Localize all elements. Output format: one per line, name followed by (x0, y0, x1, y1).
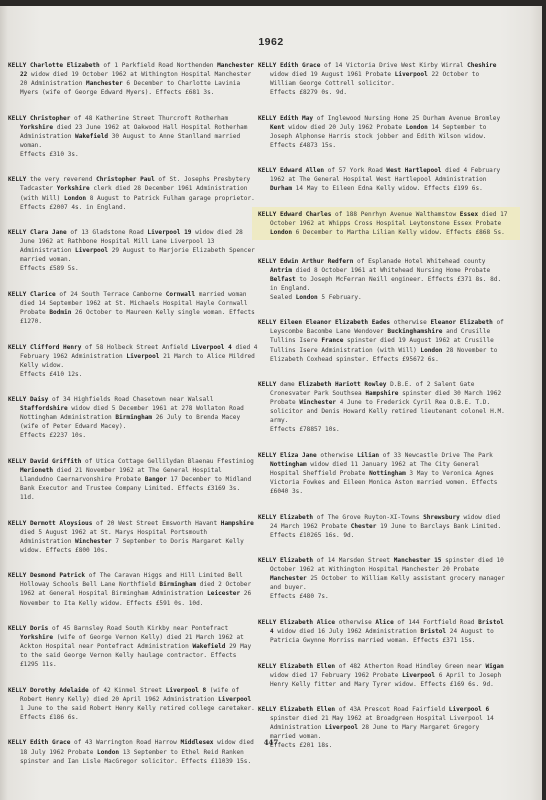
entry-name-or-place: Cheshire (467, 62, 496, 69)
probate-entry: KELLY Clara Jane of 13 Gladstone Road Li… (8, 228, 258, 273)
entry-name-or-place: Christopher Paul (96, 176, 155, 183)
entry-name-or-place: KELLY Clifford Henry (8, 344, 81, 351)
entry-name-or-place: Birmingham (115, 414, 152, 421)
entry-name-or-place: Liverpool 19 (147, 229, 191, 236)
entry-name-or-place: KELLY Edward Allen (258, 167, 324, 174)
probate-entry: KELLY Elizabeth of 14 Marsden Street Man… (258, 556, 508, 601)
entry-name-or-place: KELLY Christopher (8, 115, 70, 122)
entry-name-or-place: Kent (270, 124, 285, 131)
entry-name-or-place: KELLY Doris (8, 625, 48, 632)
entry-name-or-place: London (296, 294, 318, 301)
entry-name-or-place: Chester (351, 523, 377, 530)
entry-name-or-place: Liverpool 4 (191, 344, 231, 351)
entry-name-or-place: Leicester (207, 590, 240, 597)
entry-name-or-place: Birmingham (159, 581, 196, 588)
entry-name-or-place: KELLY Clara Jane (8, 229, 67, 236)
entry-name-or-place: Liverpool (126, 353, 159, 360)
entry-name-or-place: KELLY Elizabeth (258, 514, 313, 521)
entry-name-or-place: Manchester (270, 575, 307, 582)
probate-entry: KELLY Eliza Jane otherwise Lilian of 33 … (258, 451, 508, 496)
entry-name-or-place: Cornwall (166, 291, 195, 298)
entry-name-or-place: London (420, 347, 442, 354)
entry-name-or-place: Buckinghamshire (387, 328, 442, 335)
entry-name-or-place: Antrim (270, 267, 292, 274)
probate-entry: KELLY Elizabeth Alice otherwise Alice of… (258, 618, 508, 645)
entry-name-or-place: KELLY Elizabeth Ellen (258, 706, 335, 713)
entry-name-or-place: KELLY Charlotte Elizabeth (8, 62, 100, 69)
entry-name-or-place: KELLY Edwin Arthur Redfern (258, 258, 353, 265)
entry-name-or-place: Shrewsbury (423, 514, 460, 521)
probate-entry: KELLY Doris of 45 Barnsley Road South Ki… (8, 624, 258, 669)
right-column: KELLY Edith Grace of 14 Victoria Drive W… (258, 61, 508, 767)
probate-entry: KELLY David Griffith of Utica Cottage Ge… (8, 457, 258, 502)
entry-name-or-place: KELLY (258, 381, 276, 388)
entry-name-or-place: Liverpool (395, 71, 428, 78)
entry-name-or-place: KELLY Eliza Jane (258, 452, 317, 459)
entry-name-or-place: Bodmin (49, 309, 71, 316)
entry-name-or-place: KELLY Edith May (258, 115, 313, 122)
probate-entry: KELLY Daisy of 34 Highfields Road Chaset… (8, 395, 258, 440)
entry-name-or-place: London (406, 124, 428, 131)
entry-name-or-place: Nottingham (369, 470, 406, 477)
entry-name-or-place: KELLY Eileen Eleanor Elizabeth Eades (258, 319, 390, 326)
entry-name-or-place: KELLY (8, 176, 26, 183)
probate-entry: KELLY Edwin Arthur Redfern of Esplanade … (258, 257, 508, 302)
probate-entry: KELLY Elizabeth of The Grove Ruyton-XI-T… (258, 513, 508, 540)
probate-entry: KELLY Dorothy Adelaide of 42 Kinmel Stre… (8, 686, 258, 722)
register-page: 1962 KELLY Charlotte Elizabeth of 1 Park… (0, 6, 542, 800)
entry-name-or-place: London (270, 229, 292, 236)
entry-name-or-place: Liverpool 6 (449, 706, 489, 713)
entry-name-or-place: Winchester (75, 538, 112, 545)
probate-entry-highlighted: KELLY Edward Charles of 188 Penrhyn Aven… (252, 207, 520, 240)
entry-name-or-place: KELLY Daisy (8, 396, 48, 403)
entry-name-or-place: Eleanor Elizabeth (430, 319, 492, 326)
entry-name-or-place: KELLY Desmond Patrick (8, 572, 85, 579)
entry-name-or-place: Nottingham (270, 461, 307, 468)
entry-name-or-place: KELLY Edward Charles (258, 211, 331, 218)
page-year-heading: 1962 (0, 36, 542, 48)
entry-name-or-place: Merioneth (20, 467, 53, 474)
entry-name-or-place: Elizabeth Hariott Rowley (298, 381, 386, 388)
entry-name-or-place: KELLY Elizabeth Alice (258, 619, 335, 626)
entry-name-or-place: Belfast (270, 276, 296, 283)
entry-name-or-place: Liverpool (75, 247, 108, 254)
probate-entry: KELLY Elizabeth Ellen of 482 Atherton Ro… (258, 662, 508, 689)
entry-name-or-place: Wakefield (192, 643, 225, 650)
probate-entry: KELLY Eileen Eleanor Elizabeth Eades oth… (258, 318, 508, 363)
entry-name-or-place: Durham (270, 185, 292, 192)
probate-entry: KELLY dame Elizabeth Hariott Rowley D.B.… (258, 380, 508, 434)
entry-name-or-place: Yorkshire (20, 124, 53, 131)
probate-entry: KELLY Clarice of 24 South Terrace Cambor… (8, 290, 258, 326)
entry-name-or-place: Liverpool 8 (166, 687, 206, 694)
entry-name-or-place: Liverpool (325, 724, 358, 731)
entry-name-or-place: France (321, 337, 343, 344)
probate-entry: KELLY Dermott Aloysious of 20 West Stree… (8, 519, 258, 555)
entry-name-or-place: Staffordshire (20, 405, 68, 412)
entry-name-or-place: KELLY Dorothy Adelaide (8, 687, 89, 694)
entry-name-or-place: Essex (460, 211, 478, 218)
entry-name-or-place: Wigan (485, 663, 503, 670)
entry-name-or-place: Manchester (86, 80, 123, 87)
entry-name-or-place: KELLY Elizabeth Ellen (258, 663, 335, 670)
probate-entry: KELLY Desmond Patrick of The Caravan Hig… (8, 571, 258, 607)
entry-name-or-place: London (64, 195, 86, 202)
probate-entry: KELLY Edward Allen of 57 York Road West … (258, 166, 508, 193)
entry-name-or-place: Winchester (299, 399, 336, 406)
entry-name-or-place: Lilian (357, 452, 379, 459)
entry-name-or-place: KELLY Elizabeth (258, 557, 313, 564)
entry-name-or-place: West Hartlepool (386, 167, 441, 174)
entry-name-or-place: KELLY David Griffith (8, 458, 81, 465)
entry-name-or-place: KELLY Dermott Aloysious (8, 520, 92, 527)
entry-name-or-place: Alice (375, 619, 393, 626)
entry-name-or-place: Yorkshire (20, 634, 53, 641)
entry-name-or-place: KELLY Clarice (8, 291, 56, 298)
entry-name-or-place: KELLY Edith Grace (258, 62, 320, 69)
probate-entry: KELLY Christopher of 48 Katherine Street… (8, 114, 258, 159)
entry-name-or-place: Liverpool (402, 672, 435, 679)
probate-entry: KELLY Edith May of Inglewood Nursing Hom… (258, 114, 508, 150)
probate-entry: KELLY Edith Grace of 14 Victoria Drive W… (258, 61, 508, 97)
entry-name-or-place: Yorkshire (57, 185, 90, 192)
entry-name-or-place: Hampshire (221, 520, 254, 527)
entry-name-or-place: Bristol (420, 628, 446, 635)
entry-name-or-place: Manchester 15 (394, 557, 442, 564)
entry-name-or-place: Bangor (145, 476, 167, 483)
entry-name-or-place: London (97, 749, 119, 756)
entry-name-or-place: Hampshire (365, 390, 398, 397)
left-column: KELLY Charlotte Elizabeth of 1 Parkfield… (8, 61, 258, 782)
probate-entry: KELLY Charlotte Elizabeth of 1 Parkfield… (8, 61, 258, 97)
entry-name-or-place: Liverpool (218, 696, 251, 703)
page-number: 447 (0, 738, 542, 747)
entry-name-or-place: Wakefield (75, 133, 108, 140)
probate-entry: KELLY the very reverend Christopher Paul… (8, 175, 258, 211)
probate-entry: KELLY Clifford Henry of 58 Holbeck Stree… (8, 343, 258, 379)
